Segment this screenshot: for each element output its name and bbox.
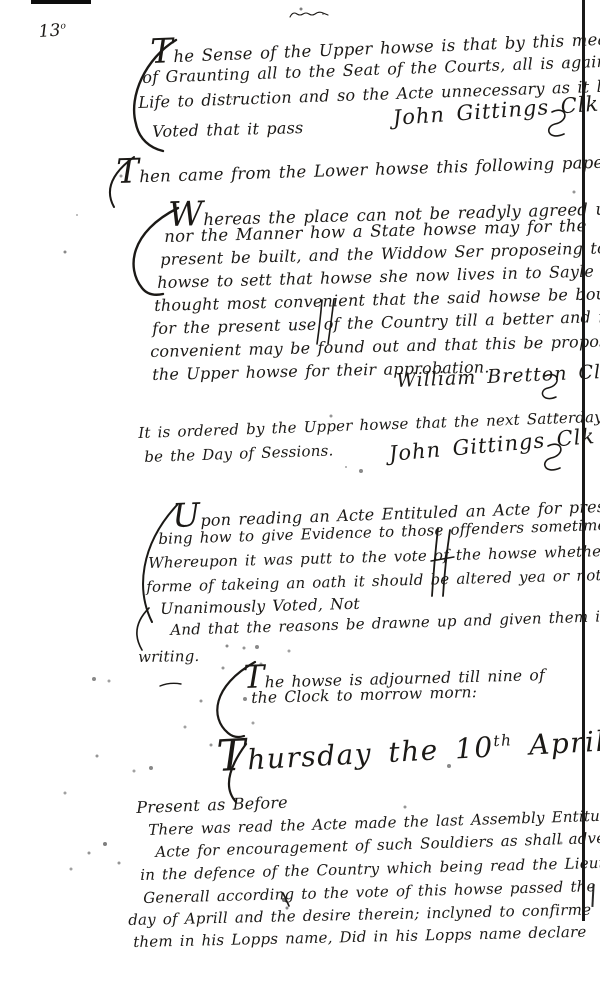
text-line: be the Day of Sessions. (144, 441, 334, 466)
text-line: Then came from the Lower howse this foll… (116, 144, 600, 187)
present-line: Present as Before (136, 793, 288, 817)
text-line: writing. (138, 647, 200, 666)
paragraph-flourish-5 (137, 608, 149, 650)
page-number-suffix: o (60, 21, 66, 31)
vote-line: Voted that it pass (152, 118, 304, 141)
scan-edge-mark (31, 0, 91, 4)
interlineation-scribble (290, 12, 328, 17)
day-heading-superscript: th (493, 731, 513, 750)
day-heading-text: Thursday the 10 (216, 730, 494, 777)
day-heading-month: Aprill (512, 724, 600, 762)
text-line: Unanimously Voted, Not (160, 595, 360, 618)
text-line: forme of takeing an oath it should be al… (146, 566, 600, 596)
margin-dash (160, 683, 181, 686)
manuscript-page: 13o The Sense of the Upper howse is that… (0, 0, 600, 994)
page-number: 13o (38, 20, 67, 42)
day-heading: Thursday the 10th Aprill (216, 721, 600, 778)
scan-noise-speckles (0, 0, 2, 2)
right-margin-line (582, 0, 585, 921)
page-number-value: 13 (38, 20, 61, 41)
